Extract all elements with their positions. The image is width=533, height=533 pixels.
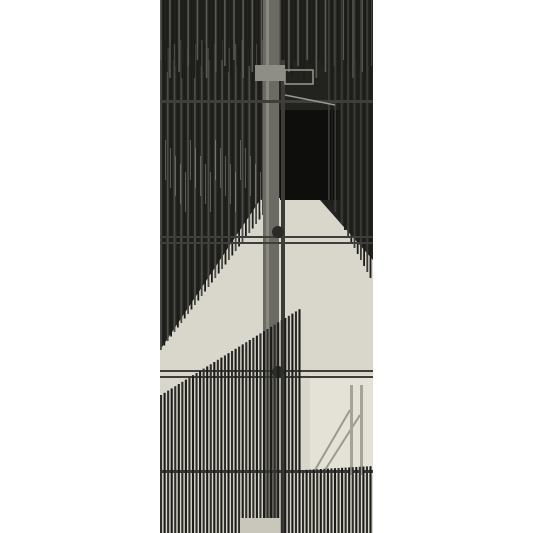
architectural-photo — [160, 0, 373, 533]
photo-scene — [160, 0, 373, 533]
